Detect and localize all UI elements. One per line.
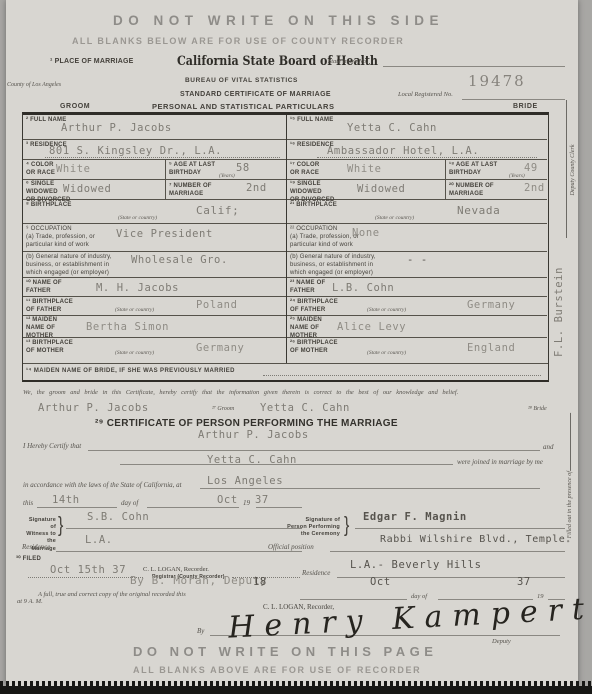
bride-occupation-value: None <box>352 227 380 239</box>
performer-signature-value: Edgar F. Magnin <box>363 511 467 523</box>
bride-father-value: L.B. Cohn <box>332 282 394 294</box>
copy-day-line <box>300 599 407 600</box>
groom-father-value: M. H. Jacobs <box>96 282 179 294</box>
filed-date-line <box>28 577 143 578</box>
filed-label: ³⁰ FILED <box>16 556 41 564</box>
groom-industry-value: Wholesale Gro. <box>131 254 228 266</box>
presence-line <box>570 413 571 471</box>
groom-industry-label: (b) General nature of industry, business… <box>26 254 112 277</box>
performer-brace: } <box>344 514 349 538</box>
clerk-name-vertical: F.L. Burstein <box>553 267 565 357</box>
copy-time-label: at 9 A. M. <box>17 598 43 605</box>
groom-occupation-value: Vice President <box>116 228 213 240</box>
groom-marital-value: Widowed <box>63 183 111 195</box>
groom-number-value: 2nd <box>246 182 267 194</box>
marriage-place-value: Los Angeles <box>207 475 283 487</box>
groom-occupation-row: ⁹ OCCUPATION (a) Trade, profession, or p… <box>23 224 286 252</box>
bride-age-label: ¹⁸ AGE AT LAST BIRTHDAY <box>449 162 497 178</box>
groom-residence-value: 801 S. Kingsley Dr., L.A. <box>49 145 222 157</box>
dayof-label: day of <box>121 499 138 507</box>
groom-industry-row: (b) General nature of industry, business… <box>23 252 286 278</box>
copy-month-value: Oct <box>370 576 391 588</box>
state-index-label: State Index No. <box>328 58 368 65</box>
witness-residence-value: L.A. <box>85 534 113 546</box>
registrar-stamp-number: 19478 <box>468 72 526 90</box>
groom-full-name-row: ² FULL NAME Arthur P. Jacobs <box>23 115 286 140</box>
hereby-line-2 <box>120 464 453 465</box>
groom-residence-line <box>45 157 280 158</box>
witness-residence-line <box>56 551 302 552</box>
bride-birthplace-label: ²¹ BIRTHPLACE <box>290 202 337 210</box>
bride-mother-birthplace-row: ²⁶ BIRTHPLACE OF MOTHER England (State o… <box>287 338 547 363</box>
performer-signature-label: Signature of Person Performing the Cerem… <box>268 517 340 538</box>
bride-number-label: ²⁰ NUMBER OF MARRIAGE <box>449 183 494 199</box>
bride-full-name-value: Yetta C. Cahn <box>347 122 437 134</box>
official-position-label: Official position <box>268 543 314 551</box>
bride-occupation-label: ²² OCCUPATION (a) Trade, profession, or … <box>290 226 359 249</box>
witness-signature-value: S.B. Cohn <box>87 511 149 523</box>
bride-marital-row: ¹⁹ SINGLE WIDOWED OR DIVORCED Widowed ²⁰… <box>287 180 547 200</box>
hereby-certify-label: I Hereby Certify that <box>23 442 81 450</box>
deputy-by-stamp: By B. Moran, Deputy <box>130 574 267 587</box>
bride-signature-value: Yetta C. Cahn <box>260 402 350 414</box>
bride-industry-label: (b) General nature of industry, business… <box>290 254 376 277</box>
bride-birthplace-row: ²¹ BIRTHPLACE Nevada (State or country) <box>287 200 547 224</box>
groom-mother-birthplace-value: Germany <box>196 342 244 354</box>
filed-date-value: Oct 15th 37 <box>50 564 126 576</box>
witness-brace: } <box>58 514 63 538</box>
bride-full-name-row: ¹⁵ FULL NAME Yetta C. Cahn <box>287 115 547 140</box>
groom-father-birthplace-label: ¹¹ BIRTHPLACE OF FATHER <box>26 299 73 315</box>
month-line <box>147 507 239 508</box>
groom-mother-birthplace-row: ¹³ BIRTHPLACE OF MOTHER Germany (State o… <box>23 338 286 363</box>
bride-industry-value: - - <box>407 254 428 266</box>
bottom-warning: DO NOT WRITE ON THIS PAGE <box>133 644 437 659</box>
bride-color-label: ¹⁷ COLOR OR RACE <box>290 162 319 178</box>
year-prefix-label: 19 <box>243 499 250 507</box>
bride-birthplace-value: Nevada <box>457 204 500 217</box>
groom-signature-label: ²⁷ Groom <box>212 406 234 412</box>
bureau-line: BUREAU OF VITAL STATISTICS <box>185 77 298 85</box>
performer-name1-value: Arthur P. Jacobs <box>198 429 309 441</box>
maiden-name-label: ¹⁴ MAIDEN NAME OF BRIDE, IF SHE WAS PREV… <box>26 368 235 376</box>
performer-residence-label: Residence <box>302 569 330 577</box>
bride-birthplace-hint: (State or country) <box>375 215 414 221</box>
bride-father-label: ²³ NAME OF FATHER <box>290 280 325 296</box>
groom-occupation-label: ⁹ OCCUPATION (a) Trade, profession, or p… <box>26 226 95 249</box>
recorder-name-label: C. L. LOGAN, Recorder. <box>143 566 209 573</box>
official-position-value: Rabbi Wilshire Blvd., Temple <box>380 534 565 545</box>
local-registered-label: Local Registered No. <box>398 91 453 98</box>
this-label: this <box>23 499 33 507</box>
groom-father-label: ¹⁰ NAME OF FATHER <box>26 280 62 296</box>
performer-section-title: ²⁹ CERTIFICATE OF PERSON PERFORMING THE … <box>95 418 398 429</box>
bride-mother-birthplace-value: England <box>467 342 515 354</box>
groom-mother-birthplace-hint: (State or country) <box>115 350 154 356</box>
bride-age-years-hint: (Years) <box>509 173 525 179</box>
groom-full-name-value: Arthur P. Jacobs <box>61 122 172 134</box>
copy-dayof-label: day of <box>411 593 427 600</box>
groom-birthplace-row: ⁸ BIRTHPLACE Calif; (State or country) <box>23 200 286 224</box>
and-label: and <box>543 443 554 451</box>
bride-marital-value: Widowed <box>357 183 405 195</box>
place-line <box>200 488 540 489</box>
groom-marital-row: ⁶ SINGLE WIDOWED OR DIVORCED Widowed ⁷ N… <box>23 180 286 200</box>
groom-color-label: ⁴ COLOR OR RACE <box>26 162 55 178</box>
bride-marital-divider <box>445 180 446 199</box>
groom-father-row: ¹⁰ NAME OF FATHER M. H. Jacobs <box>23 278 286 297</box>
accordance-label: in accordance with the laws of the State… <box>23 481 182 489</box>
year-line <box>256 507 302 508</box>
groom-father-birthplace-value: Poland <box>196 299 238 311</box>
bride-color-age-divider <box>445 160 446 179</box>
deputy-label: Deputy <box>492 638 511 645</box>
bride-mother-birthplace-label: ²⁶ BIRTHPLACE OF MOTHER <box>290 340 338 356</box>
groom-age-value: 58 <box>236 162 250 174</box>
bride-signature-label: ²⁸ Bride <box>528 406 547 412</box>
groom-number-label: ⁷ NUMBER OF MARRIAGE <box>169 183 212 199</box>
presence-label-vertical: * Filled out in the presence of <box>567 413 573 543</box>
copy-day-value: 18 <box>253 576 267 588</box>
couple-statement: We, the groom and bride in this Certific… <box>23 389 543 396</box>
groom-mother-value: Bertha Simon <box>86 321 169 333</box>
bride-father-row: ²³ NAME OF FATHER L.B. Cohn <box>287 278 547 297</box>
groom-color-age-divider <box>165 160 166 179</box>
maiden-name-row: ¹⁴ MAIDEN NAME OF BRIDE, IF SHE WAS PREV… <box>23 363 548 380</box>
bride-mother-row: ²⁵ MAIDEN NAME OF MOTHER Alice Levy <box>287 316 547 338</box>
groom-color-value: White <box>56 163 91 175</box>
joined-label: were joined in marriage by me <box>457 458 543 466</box>
bride-age-value: 49 <box>524 162 538 174</box>
place-of-marriage-label: ¹ PLACE OF MARRIAGE <box>50 57 134 66</box>
groom-age-label: ⁵ AGE AT LAST BIRTHDAY <box>169 162 215 178</box>
deputy-county-clerk-label: Deputy County Clerk <box>570 145 576 196</box>
county-line: County of Los Angeles <box>7 82 61 88</box>
top-warning: DO NOT WRITE ON THIS SIDE <box>113 13 444 28</box>
bottom-edge-strip <box>0 686 592 694</box>
groom-age-years-hint: (Years) <box>219 173 235 179</box>
top-subwarning: ALL BLANKS BELOW ARE FOR USE OF COUNTY R… <box>72 36 404 46</box>
groom-birthplace-value: Calif; <box>196 204 239 217</box>
groom-mother-row: ¹² MAIDEN NAME OF MOTHER Bertha Simon <box>23 316 286 338</box>
bride-residence-line <box>317 157 537 158</box>
bride-residence-row: ¹⁶ RESIDENCE Ambassador Hotel, L.A. <box>287 140 547 160</box>
performer-residence-value: L.A.- Beverly Hills <box>350 559 482 571</box>
copy-year-value: 37 <box>517 576 531 588</box>
witness-signature-line <box>66 528 302 529</box>
marriage-month-value: Oct <box>217 494 238 506</box>
bride-occupation-row: ²² OCCUPATION (a) Trade, profession, or … <box>287 224 547 252</box>
by-label: By <box>197 627 204 635</box>
copy-statement: A full, true and correct copy of the ori… <box>38 591 186 598</box>
official-position-line <box>330 551 565 552</box>
groom-column: ² FULL NAME Arthur P. Jacobs ³ RESIDENCE… <box>23 115 287 363</box>
presence-label-text: * Filled out in the presence of <box>567 471 573 543</box>
marriage-year-value: 37 <box>255 494 269 506</box>
particulars-table: ² FULL NAME Arthur P. Jacobs ³ RESIDENCE… <box>22 112 549 382</box>
certificate-sheet: DO NOT WRITE ON THIS SIDE ALL BLANKS BEL… <box>0 0 592 694</box>
groom-birthplace-hint: (State or country) <box>118 215 157 221</box>
groom-residence-row: ³ RESIDENCE 801 S. Kingsley Dr., L.A. <box>23 140 286 160</box>
bride-industry-row: (b) General nature of industry, business… <box>287 252 547 278</box>
bride-mother-label: ²⁵ MAIDEN NAME OF MOTHER <box>290 317 322 340</box>
groom-heading: GROOM <box>60 102 90 111</box>
day-line <box>37 507 117 508</box>
groom-signature-value: Arthur P. Jacobs <box>38 402 149 414</box>
hereby-line-1 <box>88 450 540 451</box>
center-heading: PERSONAL AND STATISTICAL PARTICULARS <box>152 102 334 112</box>
performer-signature-line <box>355 528 565 529</box>
bride-father-birthplace-label: ²⁴ BIRTHPLACE OF FATHER <box>290 299 338 315</box>
groom-father-birthplace-row: ¹¹ BIRTHPLACE OF FATHER Poland (State or… <box>23 297 286 316</box>
groom-birthplace-label: ⁸ BIRTHPLACE <box>26 202 72 210</box>
bride-color-age-row: ¹⁷ COLOR OR RACE White ¹⁸ AGE AT LAST BI… <box>287 160 547 180</box>
clerk-signature-line <box>566 100 567 238</box>
bride-mother-value: Alice Levy <box>337 321 406 333</box>
bride-heading: BRIDE <box>513 102 538 111</box>
groom-mother-birthplace-label: ¹³ BIRTHPLACE OF MOTHER <box>26 340 73 356</box>
witness-residence-label: Residence <box>22 543 50 551</box>
marriage-day-value: 14th <box>52 494 80 506</box>
groom-father-birthplace-hint: (State or country) <box>115 307 154 313</box>
bride-number-value: 2nd <box>524 182 545 194</box>
bride-full-name-label: ¹⁵ FULL NAME <box>290 117 333 125</box>
bride-father-birthplace-hint: (State or country) <box>367 307 406 313</box>
bottom-subwarning: ALL BLANKS ABOVE ARE FOR USE OF RECORDER <box>133 665 421 675</box>
bride-color-value: White <box>347 163 382 175</box>
groom-mother-label: ¹² MAIDEN NAME OF MOTHER <box>26 317 57 340</box>
bride-father-birthplace-value: Germany <box>467 299 515 311</box>
groom-marital-divider <box>165 180 166 199</box>
standard-certificate-line: STANDARD CERTIFICATE OF MARRIAGE <box>180 90 331 99</box>
bride-father-birthplace-row: ²⁴ BIRTHPLACE OF FATHER Germany (State o… <box>287 297 547 316</box>
bride-residence-value: Ambassador Hotel, L.A. <box>327 145 479 157</box>
groom-color-age-row: ⁴ COLOR OR RACE White ⁵ AGE AT LAST BIRT… <box>23 160 286 180</box>
local-registered-line <box>462 99 565 100</box>
bride-mother-birthplace-hint: (State or country) <box>367 350 406 356</box>
maiden-name-line <box>263 375 541 376</box>
bride-column: ¹⁵ FULL NAME Yetta C. Cahn ¹⁶ RESIDENCE … <box>287 115 547 363</box>
state-index-line <box>383 66 565 67</box>
